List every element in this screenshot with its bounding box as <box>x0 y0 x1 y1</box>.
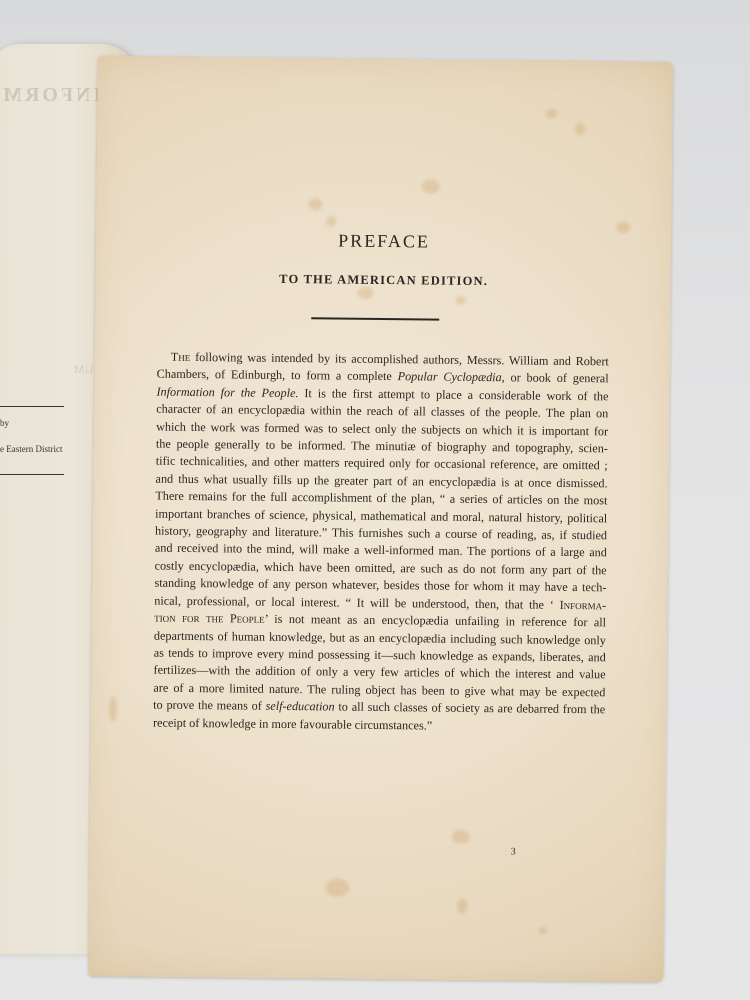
foxing-stain <box>326 216 336 226</box>
preface-body-text: The following was intended by its accomp… <box>153 349 609 737</box>
foxing-stain <box>539 927 547 935</box>
preface-page: PREFACE TO THE AMERICAN EDITION. The fol… <box>88 56 673 982</box>
foxing-stain <box>422 179 440 193</box>
foxing-stain <box>452 830 470 844</box>
page-subtitle: TO THE AMERICAN EDITION. <box>158 271 610 291</box>
left-page-fragment-district: e Eastern District <box>0 444 62 454</box>
foxing-stain <box>616 221 630 233</box>
show-through-title: INFORM <box>0 84 101 107</box>
foxing-stain <box>357 287 373 299</box>
page-title: PREFACE <box>158 229 610 255</box>
foxing-stain <box>545 109 557 119</box>
foxing-stain <box>308 198 322 210</box>
foxing-stain <box>109 696 117 722</box>
left-page-rule-bottom <box>0 474 64 475</box>
foxing-stain <box>455 296 465 305</box>
title-rule <box>311 317 439 320</box>
foxing-stain <box>325 878 349 896</box>
foxing-stain <box>575 123 585 135</box>
left-page-fragment-by: by <box>0 418 9 428</box>
left-page-rule-top <box>0 406 64 407</box>
page-content: PREFACE TO THE AMERICAN EDITION. The fol… <box>160 57 612 62</box>
page-number: 3 <box>511 846 516 857</box>
foxing-stain <box>457 898 467 914</box>
